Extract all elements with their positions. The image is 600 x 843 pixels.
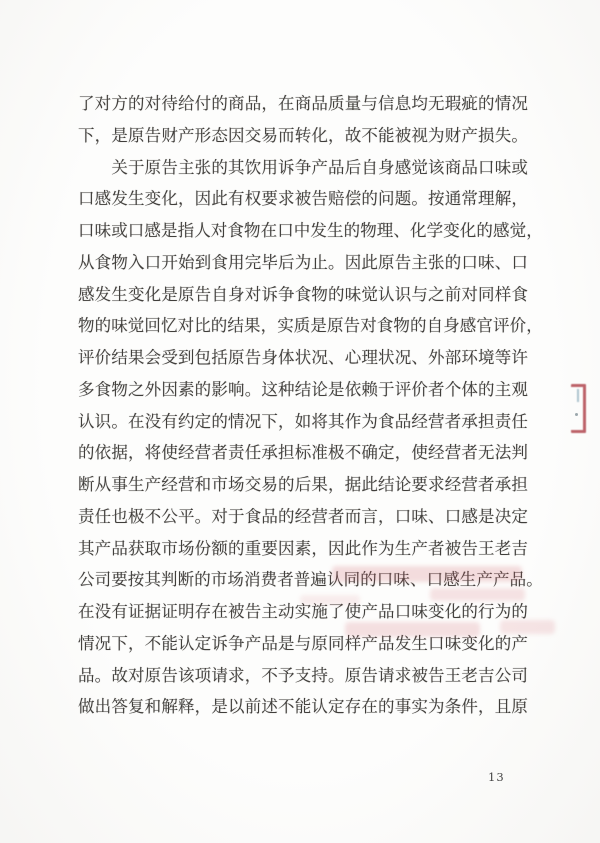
text-line: 评价结果会受到包括原告身体状况、心理状况、外部环境等许 [78, 342, 528, 374]
page-number: 13 [488, 770, 505, 784]
seal-edge-dot [575, 413, 578, 416]
text-line: 责任也极不公平。对于食品的经营者而言，口味、口感是决定 [78, 501, 528, 533]
text-line: 其产品获取市场份额的重要因素，因此作为生产者被告王老吉 [78, 533, 528, 565]
stamp-bleed-mark [500, 620, 555, 634]
text-line: 断从事生产经营和市场交易的后果，据此结论要求经营者承担 [78, 469, 528, 501]
text-line: 多食物之外因素的影响。这种结论是依赖于评价者个体的主观 [78, 374, 528, 406]
text-line: 了对方的对待给付的商品，在商品质量与信息均无瑕疵的情况 [78, 88, 528, 120]
text-line: 的依据，将使经营者责任承担标准极不确定，使经营者无法判 [78, 437, 528, 469]
text-line: 品。故对原告该项请求，不予支持。原告请求被告王老吉公司 [78, 660, 528, 692]
stamp-bleed-mark [332, 566, 522, 582]
text-line: 关于原告主张的其饮用诉争产品后自身感觉该商品口味或 [78, 152, 528, 184]
text-line: 认识。在没有约定的情况下，如将其作为食品经营者承担责任 [78, 406, 528, 438]
text-line: 口感发生变化，因此有权要求被告赔偿的问题。按通常理解， [78, 183, 528, 215]
text-line: 做出答复和解释，是以前述不能认定存在的事实为条件，且原 [78, 691, 528, 723]
text-line: 感发生变化是原告自身对诉争食物的味觉认识与之前对同样食 [78, 279, 528, 311]
text-line: 下，是原告财产形态因交易而转化，故不能被视为财产损失。 [78, 120, 528, 152]
scanned-document-page: 了对方的对待给付的商品，在商品质量与信息均无瑕疵的情况下，是原告财产形态因交易而… [0, 0, 600, 843]
seal-edge-blue-dash [577, 389, 579, 402]
stamp-bleed-mark [430, 588, 525, 601]
text-line: 物的味觉回忆对比的结果，实质是原告对食物的自身感官评价， [78, 310, 528, 342]
text-line: 从食物入口开始到食用完毕后为止。因此原告主张的口味、口 [78, 247, 528, 279]
text-line: 口味或口感是指人对食物在口中发生的物理、化学变化的感觉， [78, 215, 528, 247]
stamp-bleed-mark [300, 595, 360, 605]
stamp-bleed-mark [345, 622, 480, 637]
